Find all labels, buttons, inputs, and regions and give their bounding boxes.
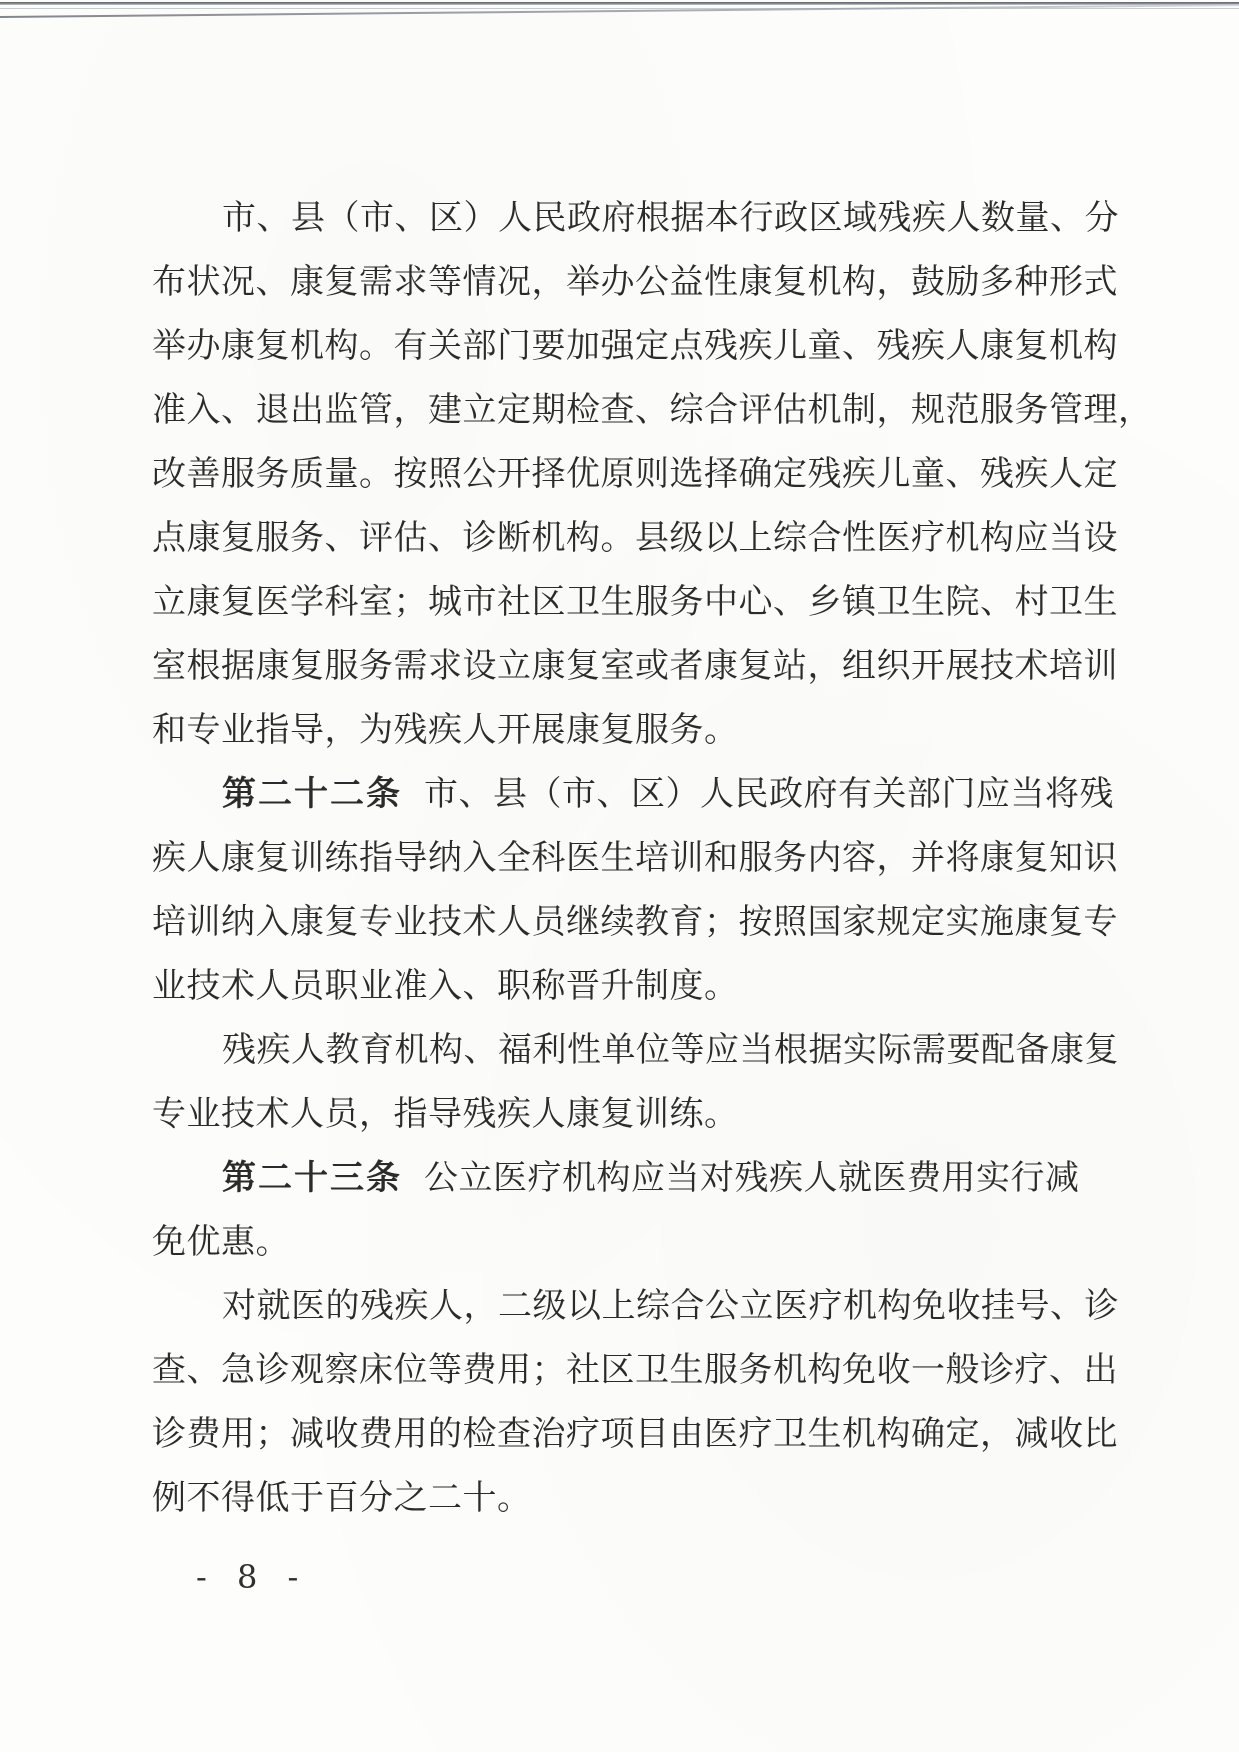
text-line: 对就医的残疾人，二级以上综合公立医疗机构免收挂号、诊 — [152, 1274, 1070, 1338]
text-line: 改善服务质量。按照公开择优原则选择确定残疾儿童、残疾人定 — [152, 442, 1070, 506]
article-number-label: 第二十三条 — [222, 1158, 402, 1198]
article-number-label: 第二十二条 — [222, 774, 402, 814]
text-segment: 布状况、康复需求等情况，举办公益性康复机构，鼓励多种形式 — [152, 262, 1118, 302]
text-line: 立康复医学科室；城市社区卫生服务中心、乡镇卫生院、村卫生 — [152, 570, 1070, 634]
text-segment: 诊费用；减收费用的检查治疗项目由医疗卫生机构确定，减收比 — [152, 1414, 1118, 1454]
text-line: 例不得低于百分之二十。 — [152, 1466, 1070, 1530]
scan-artifact-diagonal-line — [0, 4, 1239, 18]
text-line: 布状况、康复需求等情况，举办公益性康复机构，鼓励多种形式 — [152, 250, 1070, 314]
text-segment: 市、县（市、区）人民政府有关部门应当将残 — [424, 774, 1114, 814]
text-line: 室根据康复服务需求设立康复室或者康复站，组织开展技术培训 — [152, 634, 1070, 698]
text-segment: 免优惠。 — [152, 1222, 290, 1262]
text-line: 专业技术人员，指导残疾人康复训练。 — [152, 1082, 1070, 1146]
text-line: 举办康复机构。有关部门要加强定点残疾儿童、残疾人康复机构 — [152, 314, 1070, 378]
text-segment: 室根据康复服务需求设立康复室或者康复站，组织开展技术培训 — [152, 646, 1118, 686]
text-segment: 准入、退出监管，建立定期检查、综合评估机制，规范服务管理， — [152, 390, 1153, 430]
scan-artifact-top-line — [0, 2, 1239, 5]
text-line: 培训纳入康复专业技术人员继续教育；按照国家规定实施康复专 — [152, 890, 1070, 954]
text-segment: 改善服务质量。按照公开择优原则选择确定残疾儿童、残疾人定 — [152, 454, 1118, 494]
text-segment: 疾人康复训练指导纳入全科医生培训和服务内容，并将康复知识 — [152, 838, 1118, 878]
text-line: 市、县（市、区）人民政府根据本行政区域残疾人数量、分 — [152, 186, 1070, 250]
scan-artifact-top-line-secondary — [0, 8, 1239, 9]
text-segment: 立康复医学科室；城市社区卫生服务中心、乡镇卫生院、村卫生 — [152, 582, 1118, 622]
text-line: 免优惠。 — [152, 1210, 1070, 1274]
text-line: 疾人康复训练指导纳入全科医生培训和服务内容，并将康复知识 — [152, 826, 1070, 890]
text-line: 准入、退出监管，建立定期检查、综合评估机制，规范服务管理， — [152, 378, 1070, 442]
text-line: 点康复服务、评估、诊断机构。县级以上综合性医疗机构应当设 — [152, 506, 1070, 570]
text-line: 残疾人教育机构、福利性单位等应当根据实际需要配备康复 — [152, 1018, 1070, 1082]
text-segment: 和专业指导，为残疾人开展康复服务。 — [152, 710, 739, 750]
article-heading-line: 第二十三条公立医疗机构应当对残疾人就医费用实行减 — [152, 1146, 1070, 1210]
text-line: 业技术人员职业准入、职称晋升制度。 — [152, 954, 1070, 1018]
scanned-document-page: 市、县（市、区）人民政府根据本行政区域残疾人数量、分布状况、康复需求等情况，举办… — [0, 0, 1239, 1752]
text-line: 诊费用；减收费用的检查治疗项目由医疗卫生机构确定，减收比 — [152, 1402, 1070, 1466]
text-segment: 查、急诊观察床位等费用；社区卫生服务机构免收一般诊疗、出 — [152, 1350, 1118, 1390]
text-segment: 点康复服务、评估、诊断机构。县级以上综合性医疗机构应当设 — [152, 518, 1118, 558]
text-segment: 专业技术人员，指导残疾人康复训练。 — [152, 1094, 739, 1134]
text-segment: 市、县（市、区）人民政府根据本行政区域残疾人数量、分 — [222, 198, 1119, 238]
text-segment: 举办康复机构。有关部门要加强定点残疾儿童、残疾人康复机构 — [152, 326, 1118, 366]
text-segment: 残疾人教育机构、福利性单位等应当根据实际需要配备康复 — [222, 1030, 1119, 1070]
text-segment: 例不得低于百分之二十。 — [152, 1478, 532, 1518]
text-segment: 公立医疗机构应当对残疾人就医费用实行减 — [424, 1158, 1080, 1198]
text-line: 查、急诊观察床位等费用；社区卫生服务机构免收一般诊疗、出 — [152, 1338, 1070, 1402]
article-heading-line: 第二十二条市、县（市、区）人民政府有关部门应当将残 — [152, 762, 1070, 826]
text-line: 和专业指导，为残疾人开展康复服务。 — [152, 698, 1070, 762]
page-number: - 8 - — [196, 1558, 308, 1596]
text-segment: 培训纳入康复专业技术人员继续教育；按照国家规定实施康复专 — [152, 902, 1118, 942]
text-segment: 对就医的残疾人，二级以上综合公立医疗机构免收挂号、诊 — [222, 1286, 1119, 1326]
document-body-text: 市、县（市、区）人民政府根据本行政区域残疾人数量、分布状况、康复需求等情况，举办… — [152, 186, 1070, 1530]
text-segment: 业技术人员职业准入、职称晋升制度。 — [152, 966, 739, 1006]
